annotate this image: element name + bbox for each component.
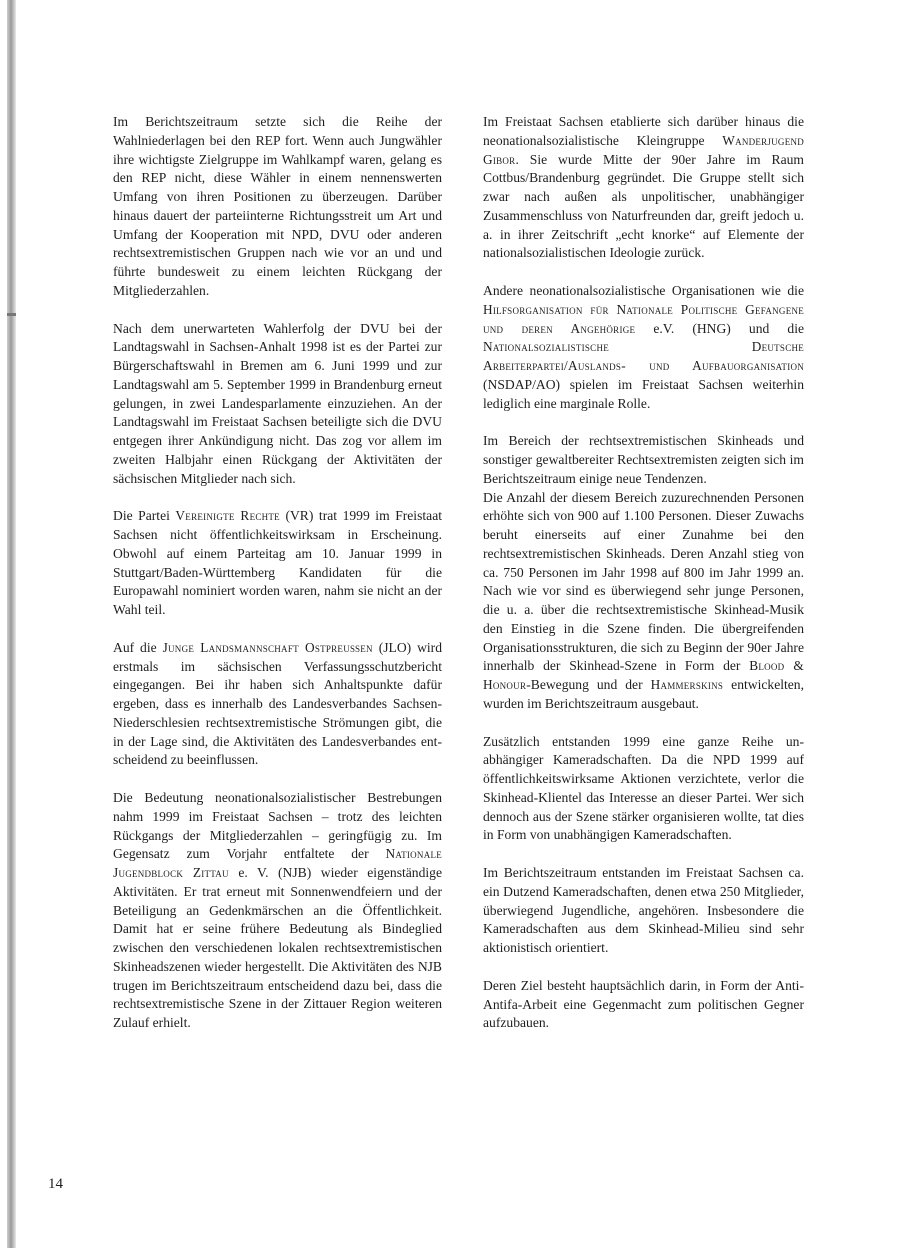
paragraph-kameradschaften-count: Im Berichtszeitraum entstanden im Freist… [483,864,804,958]
org-name: Nationalsozialistische Deutsche Arbeiter… [483,339,804,373]
paragraph-njb: Die Bedeutung neonationalsozialistischer… [113,789,442,1033]
paragraph-kameradschaften: Zusätzlich entstanden 1999 eine ganze Re… [483,733,804,846]
binding-edge [7,0,16,1248]
org-name: Vereinigte Rechte [175,508,279,523]
text: (NSDAP/AO) spielen im Freistaat Sachsen … [483,377,804,411]
paragraph-rep: Im Berichtszeitraum setzte sich die Reih… [113,113,442,301]
text: -Bewegung und der [526,677,650,692]
paragraph-jlo: Auf die Junge Landsmannschaft Ostpreußen… [113,639,442,770]
text: Auf die [113,640,163,655]
text: e.V. (HNG) und die [635,321,804,336]
text: e. V. (NJB) wie­der eigenständige Aktivi… [113,865,442,1030]
paragraph-hng-nsdap: Andere neonationalsozialistische Organis… [483,282,804,413]
org-name: Junge Landsmannschaft Ostpreußen [163,640,373,655]
paragraph-anti-antifa: Deren Ziel besteht hauptsächlich darin, … [483,977,804,1033]
page-number: 14 [48,1176,63,1193]
paragraph-vr: Die Partei Vereinigte Rechte (VR) trat 1… [113,507,442,620]
text: Die Partei [113,508,175,523]
paragraph-gibor: Im Freistaat Sachsen etablierte sich dar… [483,113,804,263]
paragraph-dvu: Nach dem unerwarteten Wahlerfolg der DVU… [113,320,442,489]
text: Die Anzahl der diesem Bereich zuzurechne… [483,490,804,674]
left-column: Im Berichtszeitraum setzte sich die Reih… [113,113,442,1052]
text: Andere neonationalsozialistische Organis… [483,283,804,298]
binding-mark [7,313,16,316]
text: (VR) trat 1999 im Freistaat Sachsen nich… [113,508,442,617]
org-name: Hammerskins [651,677,724,692]
right-column: Im Freistaat Sachsen etablierte sich dar… [483,113,804,1052]
text: . Sie wurde Mitte der 90er Jahre im Raum… [483,152,804,261]
paragraph-skinheads-intro: Im Bereich der rechtsextremistischen Ski… [483,432,804,488]
paragraph-skinheads-numbers: Die Anzahl der diesem Bereich zuzurechne… [483,489,804,714]
text: (JLO) wird erstmals im sächsischen Verfa… [113,640,442,768]
